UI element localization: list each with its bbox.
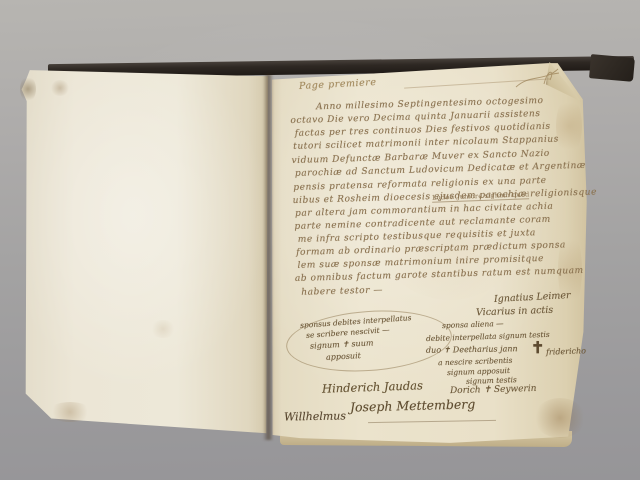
witness-signature: Willhelmus — [284, 409, 346, 423]
manuscript-text-block: Anno millesimo Septingentesimo octogesim… — [290, 95, 596, 313]
manuscript-line: habere testor — — [301, 285, 383, 297]
bride-cross-line: duo ✝ Deetharius jann — [426, 344, 518, 355]
photo-of-open-manuscript: Page premiere Anno millesimo Septingente… — [0, 0, 640, 480]
bride-cross-name: fridericho — [546, 346, 586, 356]
book-gutter-shadow — [263, 74, 273, 440]
groom-note-line: apposuit — [326, 351, 361, 362]
paraph-flourish-icon — [514, 60, 570, 94]
witness-cross-mark: ✝ — [531, 338, 544, 357]
book-cover-corner — [589, 54, 635, 82]
left-blank-page — [18, 60, 274, 448]
